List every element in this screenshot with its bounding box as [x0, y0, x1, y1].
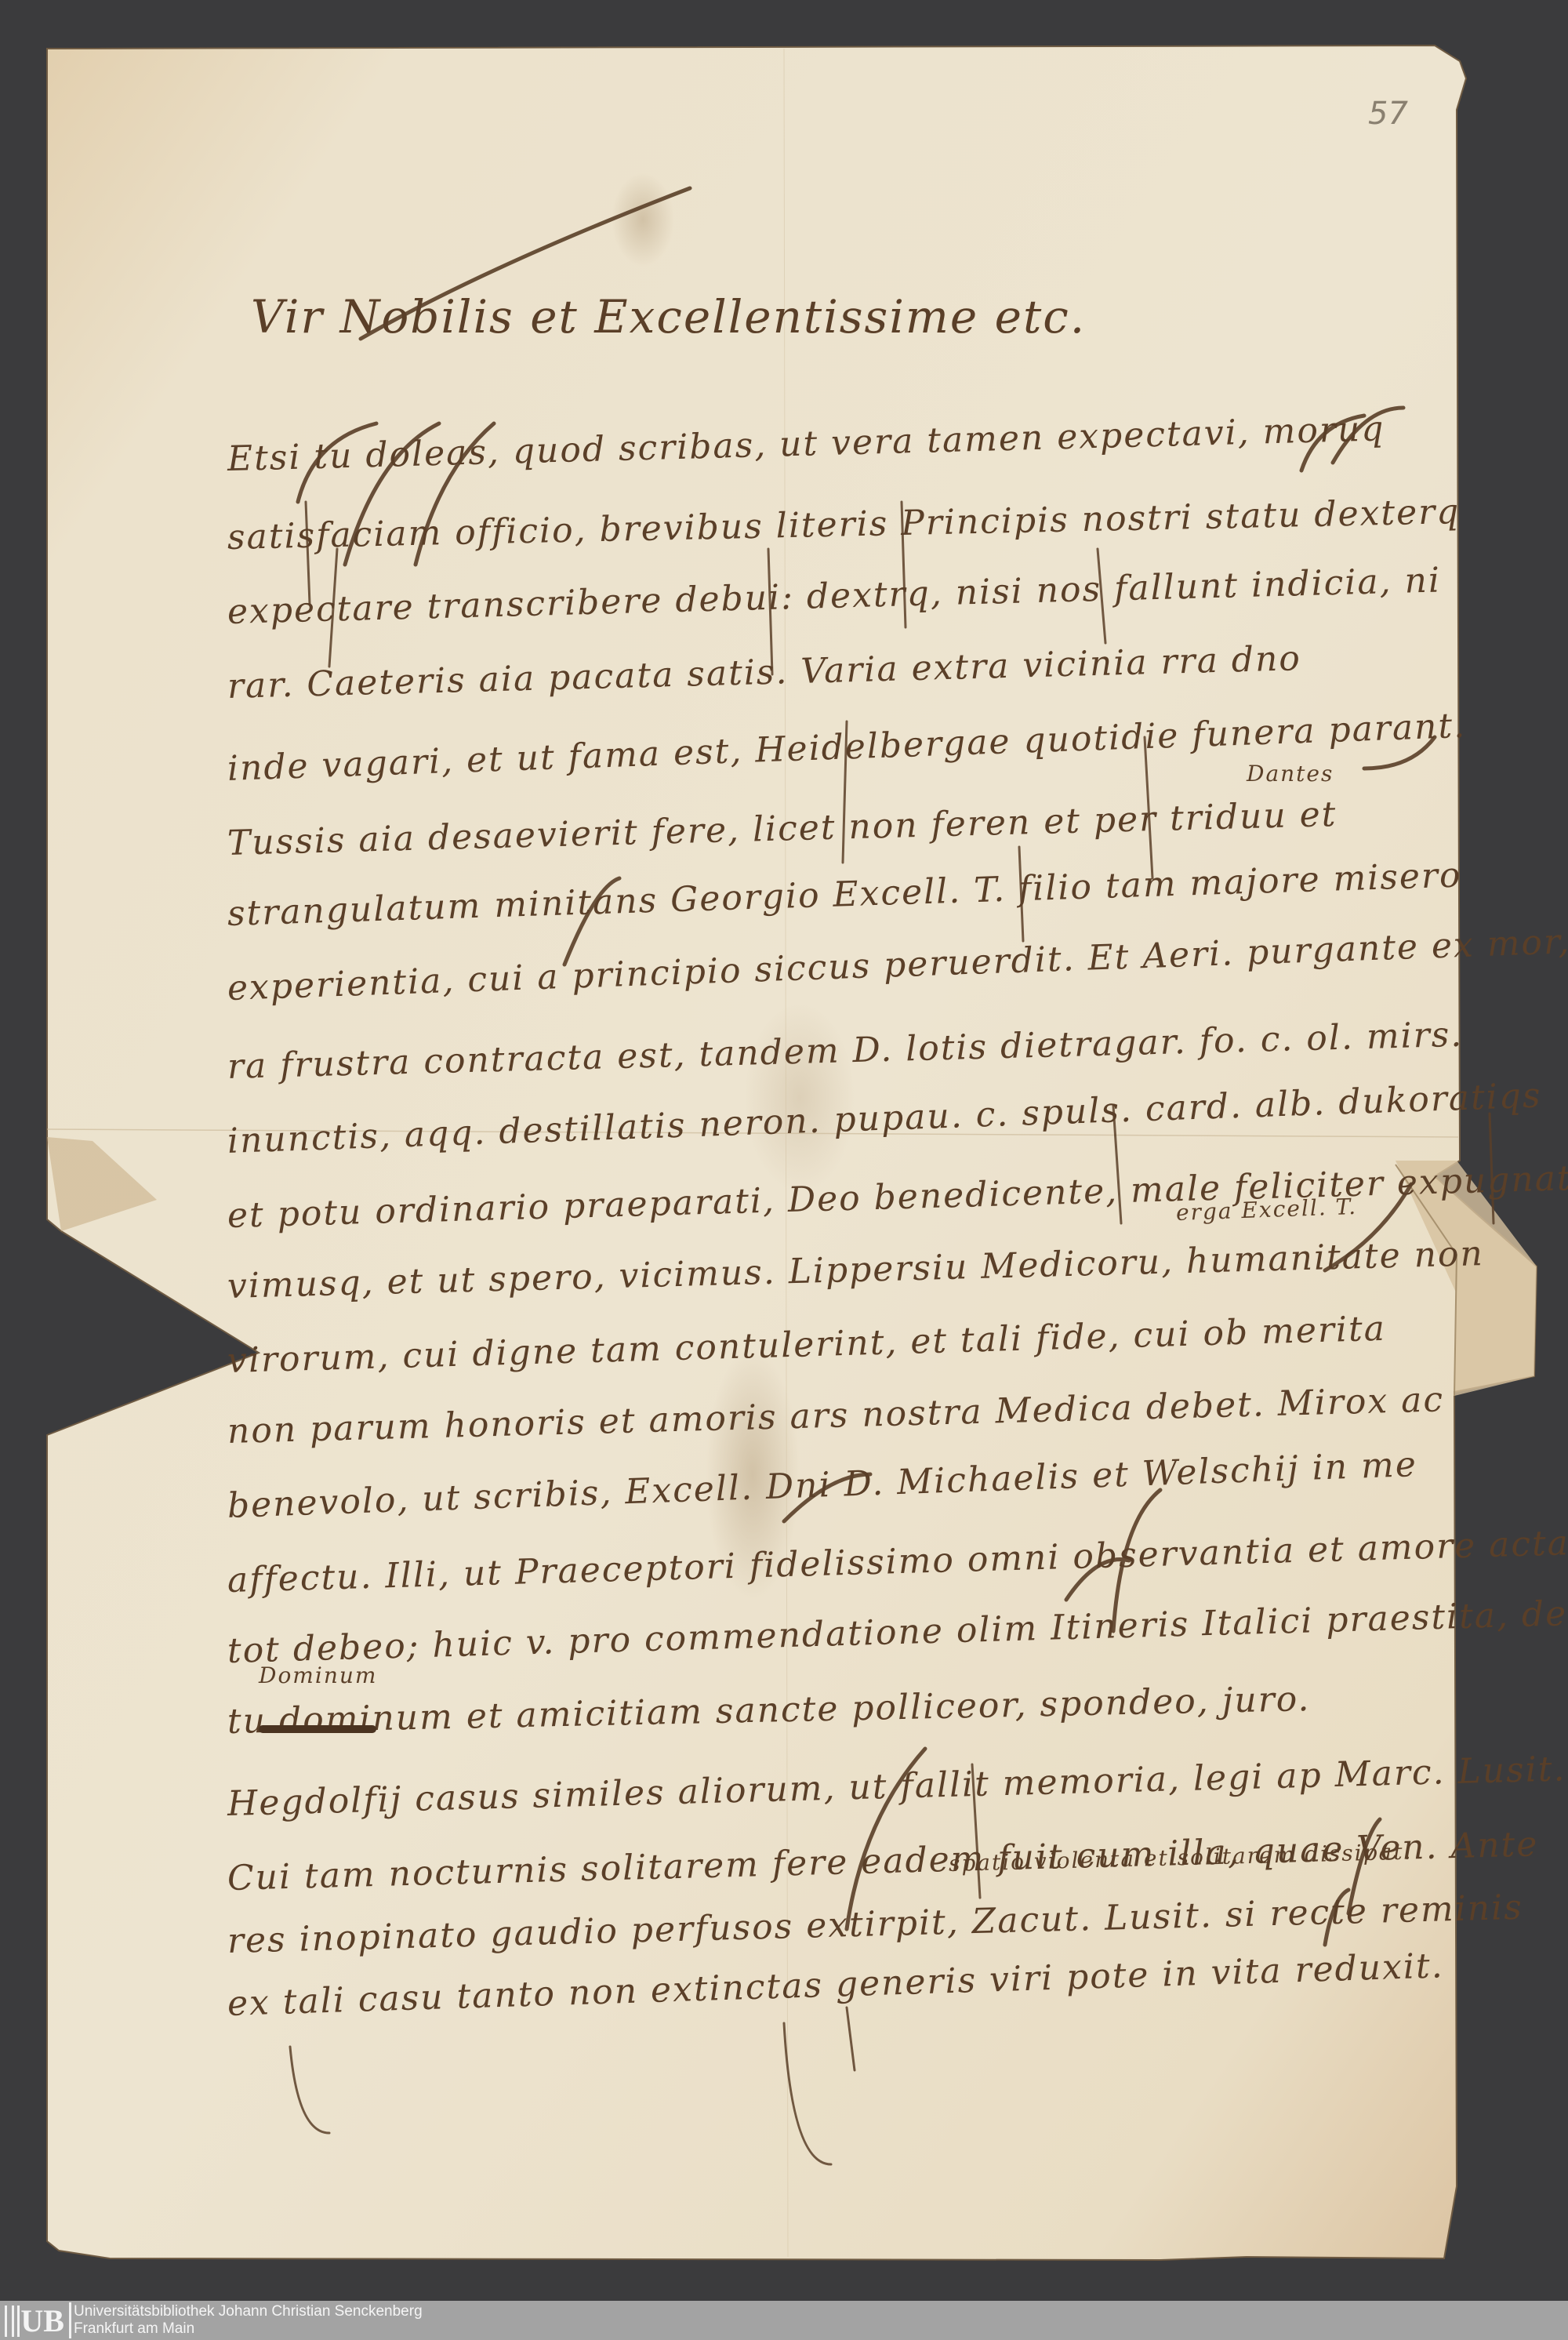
text-line: strangulatum minitans Georgio Excell. T.…: [227, 856, 1462, 934]
interlinear-insertion: Dantes: [1247, 761, 1334, 787]
text-line: Tussis aia desaevierit fere, licet non f…: [227, 794, 1338, 863]
text-line: experientia, cui a principio siccus peru…: [227, 921, 1568, 1008]
text-line: ex tali casu tanto non extinctas generis…: [227, 1946, 1444, 2024]
text-line: virorum, cui digne tam contulerint, et t…: [227, 1309, 1386, 1381]
text-line: et potu ordinario praeparati, Deo benedi…: [227, 1158, 1568, 1236]
institution-line-2: Frankfurt am Main: [74, 2320, 423, 2338]
text-line: Etsi tu doleas, quod scribas, ut vera ta…: [227, 409, 1385, 479]
text-line: satisfaciam officio, brevibus literis Pr…: [227, 492, 1460, 558]
letter-text: Vir Nobilis et Excellentissime etc. Etsi…: [0, 0, 1568, 2301]
library-logo: UB: [3, 2302, 71, 2338]
text-line: tu dominum et amicitiam sancte polliceor…: [227, 1679, 1310, 1742]
institution-name: Universitätsbibliothek Johann Christian …: [74, 2303, 423, 2338]
text-line: expectare transcribere debui: dextrq, ni…: [227, 560, 1441, 632]
text-line: Hegdolfij casus similes aliorum, ut fall…: [227, 1749, 1566, 1824]
library-footer-bar: UB Universitätsbibliothek Johann Christi…: [0, 2301, 1568, 2340]
strikethrough-mark: [259, 1725, 376, 1733]
text-line: inunctis, aqq. destillatis neron. pupau.…: [227, 1075, 1542, 1161]
interlinear-insertion: Dominum: [259, 1662, 377, 1688]
text-line: affectu. Illi, ut Praeceptori fidelissim…: [227, 1523, 1568, 1601]
text-line: non parum honoris et amoris ars nostra M…: [227, 1379, 1444, 1452]
logo-text: UB: [20, 2304, 64, 2338]
text-line: benevolo, ut scribis, Excell. Dni D. Mic…: [227, 1444, 1417, 1526]
text-line: tot debeo; huic v. pro commendatione oli…: [227, 1593, 1568, 1671]
text-line: vimusq, et ut spero, vicimus. Lippersiu …: [227, 1234, 1484, 1306]
text-line: ra frustra contracta est, tandem D. loti…: [227, 1015, 1463, 1087]
interlinear-insertion: erga Excell. T.: [1175, 1194, 1357, 1226]
text-line: rar. Caeteris aia pacata satis. Varia ex…: [227, 638, 1301, 707]
salutation: Vir Nobilis et Excellentissime etc.: [251, 290, 1086, 343]
institution-line-1: Universitätsbibliothek Johann Christian …: [74, 2303, 423, 2320]
